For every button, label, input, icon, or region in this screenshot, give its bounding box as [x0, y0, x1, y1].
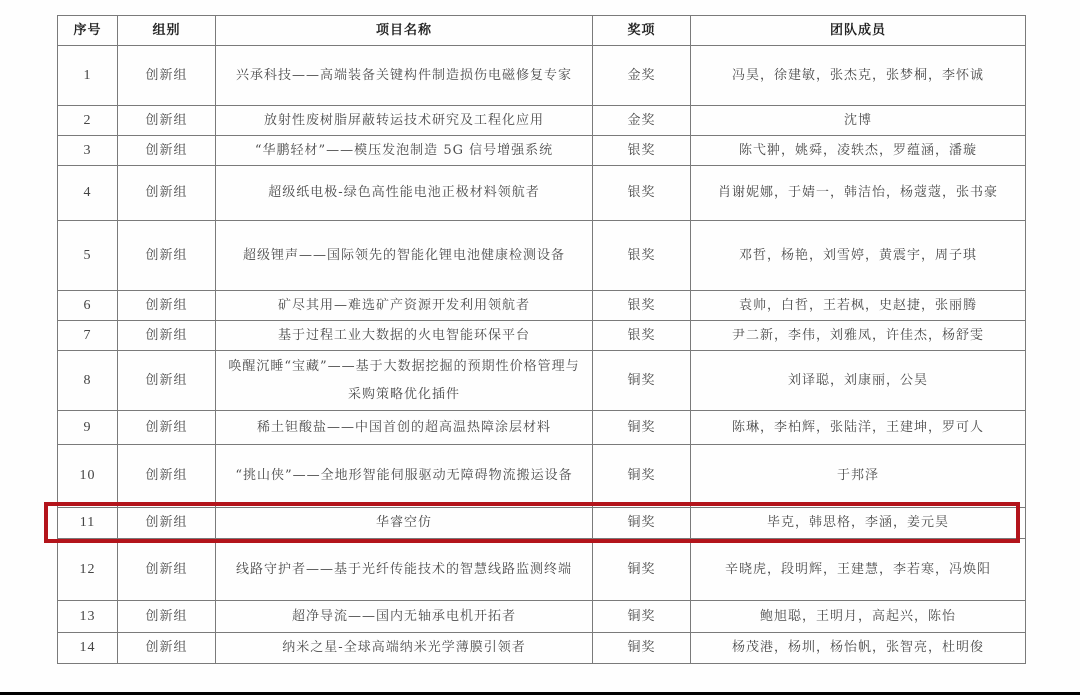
cell-award: 铜奖	[593, 539, 691, 601]
cell-project-name: 纳米之星-全球高端纳米光学薄膜引领者	[216, 633, 593, 664]
cell-serial-number: 11	[58, 508, 118, 539]
table-row: 13创新组超净导流——国内无轴承电机开拓者铜奖鲍旭聪，王明月，高起兴，陈怡	[58, 601, 1026, 633]
document-page: 序号 组别 项目名称 奖项 团队成员 1创新组兴承科技——高端装备关键构件制造损…	[0, 0, 1080, 692]
cell-serial-number: 12	[58, 539, 118, 601]
cell-group: 创新组	[118, 351, 216, 411]
cell-team-members: 辛晓虎，段明辉，王建慧，李若寒，冯焕阳	[691, 539, 1026, 601]
cell-serial-number: 4	[58, 166, 118, 221]
cell-project-name: 放射性废树脂屏蔽转运技术研究及工程化应用	[216, 106, 593, 136]
cell-award: 金奖	[593, 46, 691, 106]
cell-project-name: 超级锂声——国际领先的智能化锂电池健康检测设备	[216, 221, 593, 291]
cell-group: 创新组	[118, 291, 216, 321]
cell-group: 创新组	[118, 508, 216, 539]
cell-group: 创新组	[118, 106, 216, 136]
cell-group: 创新组	[118, 166, 216, 221]
cell-team-members: 陈琳，李柏辉，张陆洋，王建坤，罗可人	[691, 411, 1026, 445]
cell-team-members: 陈弋翀，姚舜，凌轶杰，罗蕴涵，潘璇	[691, 136, 1026, 166]
cell-award: 铜奖	[593, 445, 691, 508]
table-row: 9创新组稀土钽酸盐——中国首创的超高温热障涂层材料铜奖陈琳，李柏辉，张陆洋，王建…	[58, 411, 1026, 445]
table-row: 4创新组超级纸电极-绿色高性能电池正极材料领航者银奖肖谢妮娜，于婧一，韩洁怡，杨…	[58, 166, 1026, 221]
cell-award: 铜奖	[593, 351, 691, 411]
cell-project-name: 基于过程工业大数据的火电智能环保平台	[216, 321, 593, 351]
cell-project-name: 华睿空仿	[216, 508, 593, 539]
awards-table: 序号 组别 项目名称 奖项 团队成员 1创新组兴承科技——高端装备关键构件制造损…	[57, 15, 1026, 664]
table-row: 10创新组“挑山侠”——全地形智能伺服驱动无障碍物流搬运设备铜奖于邦泽	[58, 445, 1026, 508]
cell-team-members: 沈博	[691, 106, 1026, 136]
cell-project-name: 稀土钽酸盐——中国首创的超高温热障涂层材料	[216, 411, 593, 445]
cell-award: 金奖	[593, 106, 691, 136]
table-row: 1创新组兴承科技——高端装备关键构件制造损伤电磁修复专家金奖冯昊，徐建敏，张杰克…	[58, 46, 1026, 106]
cell-team-members: 袁帅，白哲，王若枫，史赵捷，张丽腾	[691, 291, 1026, 321]
cell-project-name: “华鹏轻材”——模压发泡制造 5G 信号增强系统	[216, 136, 593, 166]
cell-team-members: 于邦泽	[691, 445, 1026, 508]
cell-award: 银奖	[593, 221, 691, 291]
table-row: 8创新组唤醒沉睡“宝藏”——基于大数据挖掘的预期性价格管理与采购策略优化插件铜奖…	[58, 351, 1026, 411]
cell-award: 银奖	[593, 291, 691, 321]
cell-serial-number: 13	[58, 601, 118, 633]
cell-project-name: 线路守护者——基于光纤传能技术的智慧线路监测终端	[216, 539, 593, 601]
cell-serial-number: 2	[58, 106, 118, 136]
cell-group: 创新组	[118, 539, 216, 601]
cell-team-members: 冯昊，徐建敏，张杰克，张梦桐，李怀诚	[691, 46, 1026, 106]
cell-award: 铜奖	[593, 508, 691, 539]
table-row: 14创新组纳米之星-全球高端纳米光学薄膜引领者铜奖杨茂港，杨圳，杨怡帆，张智亮，…	[58, 633, 1026, 664]
cell-award: 银奖	[593, 136, 691, 166]
cell-team-members: 刘译聪，刘康丽，公昊	[691, 351, 1026, 411]
table-row: 5创新组超级锂声——国际领先的智能化锂电池健康检测设备银奖邓哲，杨艳，刘雪婷，黄…	[58, 221, 1026, 291]
cell-group: 创新组	[118, 321, 216, 351]
table-row: 3创新组“华鹏轻材”——模压发泡制造 5G 信号增强系统银奖陈弋翀，姚舜，凌轶杰…	[58, 136, 1026, 166]
cell-serial-number: 6	[58, 291, 118, 321]
cell-serial-number: 9	[58, 411, 118, 445]
header-award: 奖项	[593, 16, 691, 46]
cell-award: 银奖	[593, 321, 691, 351]
cell-group: 创新组	[118, 411, 216, 445]
cell-group: 创新组	[118, 221, 216, 291]
cell-award: 铜奖	[593, 411, 691, 445]
cell-team-members: 邓哲，杨艳，刘雪婷，黄震宇，周子琪	[691, 221, 1026, 291]
cell-serial-number: 8	[58, 351, 118, 411]
cell-team-members: 杨茂港，杨圳，杨怡帆，张智亮，杜明俊	[691, 633, 1026, 664]
table-row: 6创新组矿尽其用—难选矿产资源开发利用领航者银奖袁帅，白哲，王若枫，史赵捷，张丽…	[58, 291, 1026, 321]
cell-serial-number: 7	[58, 321, 118, 351]
table-header-row: 序号 组别 项目名称 奖项 团队成员	[58, 16, 1026, 46]
cell-team-members: 肖谢妮娜，于婧一，韩洁怡，杨蔻蔻，张书豪	[691, 166, 1026, 221]
header-serial-number: 序号	[58, 16, 118, 46]
cell-award: 银奖	[593, 166, 691, 221]
cell-team-members: 毕克，韩思格，李涵，姜元昊	[691, 508, 1026, 539]
cell-project-name: 兴承科技——高端装备关键构件制造损伤电磁修复专家	[216, 46, 593, 106]
cell-serial-number: 14	[58, 633, 118, 664]
cell-project-name: 矿尽其用—难选矿产资源开发利用领航者	[216, 291, 593, 321]
cell-serial-number: 3	[58, 136, 118, 166]
table-row: 7创新组基于过程工业大数据的火电智能环保平台银奖尹二新，李伟，刘雅凤，许佳杰，杨…	[58, 321, 1026, 351]
cell-group: 创新组	[118, 136, 216, 166]
table-row: 2创新组放射性废树脂屏蔽转运技术研究及工程化应用金奖沈博	[58, 106, 1026, 136]
cell-award: 铜奖	[593, 601, 691, 633]
cell-project-name: 超级纸电极-绿色高性能电池正极材料领航者	[216, 166, 593, 221]
cell-team-members: 鲍旭聪，王明月，高起兴，陈怡	[691, 601, 1026, 633]
header-project-name: 项目名称	[216, 16, 593, 46]
cell-team-members: 尹二新，李伟，刘雅凤，许佳杰，杨舒雯	[691, 321, 1026, 351]
cell-serial-number: 10	[58, 445, 118, 508]
cell-group: 创新组	[118, 445, 216, 508]
table-row: 11创新组华睿空仿铜奖毕克，韩思格，李涵，姜元昊	[58, 508, 1026, 539]
cell-project-name: “挑山侠”——全地形智能伺服驱动无障碍物流搬运设备	[216, 445, 593, 508]
cell-award: 铜奖	[593, 633, 691, 664]
cell-project-name: 超净导流——国内无轴承电机开拓者	[216, 601, 593, 633]
cell-group: 创新组	[118, 46, 216, 106]
header-team-members: 团队成员	[691, 16, 1026, 46]
cell-group: 创新组	[118, 601, 216, 633]
cell-serial-number: 1	[58, 46, 118, 106]
cell-project-name: 唤醒沉睡“宝藏”——基于大数据挖掘的预期性价格管理与采购策略优化插件	[216, 351, 593, 411]
header-group: 组别	[118, 16, 216, 46]
cell-serial-number: 5	[58, 221, 118, 291]
table-row: 12创新组线路守护者——基于光纤传能技术的智慧线路监测终端铜奖辛晓虎，段明辉，王…	[58, 539, 1026, 601]
cell-group: 创新组	[118, 633, 216, 664]
